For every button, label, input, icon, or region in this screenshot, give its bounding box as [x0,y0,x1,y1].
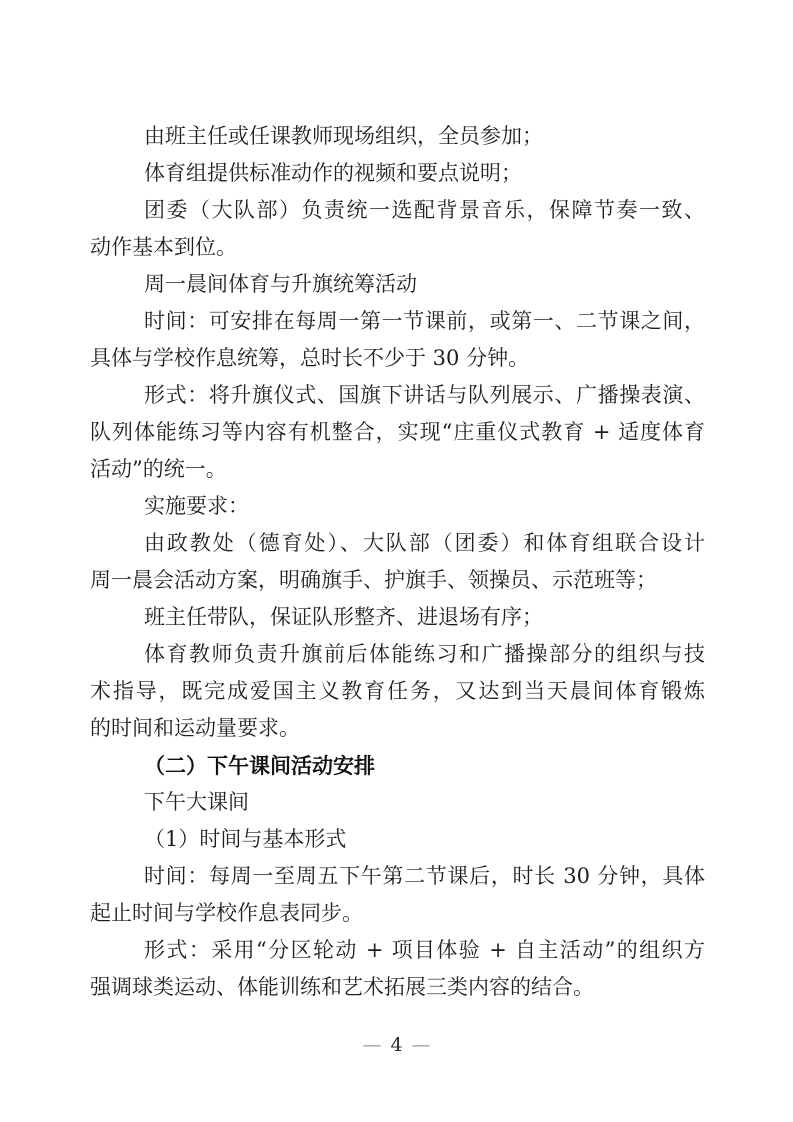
text-line: 体育组提供标准动作的视频和要点说明； [90,155,705,192]
text-line: 起止时间与学校作息表同步。 [90,895,705,932]
text-line: 班主任带队，保证队形整齐、进退场有序； [90,599,705,636]
text-line: 周一晨间体育与升旗统筹活动 [90,266,705,303]
paragraph: 团委（大队部）负责统一选配背景音乐，保障节奏一致、 动作基本到位。 [90,192,705,266]
paragraph: 下午大课间 [90,784,705,821]
paragraph: 时间：可安排在每周一第一节课前，或第一、二节课之间， 具体与学校作息统筹，总时长… [90,303,705,377]
text-line: 周一晨会活动方案，明确旗手、护旗手、领操员、示范班等； [90,562,705,599]
footer-dash-left: — [362,1034,381,1056]
text-line: 队列体能练习等内容有机整合，实现“庄重仪式教育 + 适度体育 [90,414,705,451]
document-page: 由班主任或任课教师现场组织，全员参加； 体育组提供标准动作的视频和要点说明； 团… [0,0,793,1122]
text-line: 下午大课间 [90,784,705,821]
text-line: 的时间和运动量要求。 [90,710,705,747]
paragraph: 周一晨间体育与升旗统筹活动 [90,266,705,303]
document-body: 由班主任或任课教师现场组织，全员参加； 体育组提供标准动作的视频和要点说明； 团… [90,118,705,1006]
paragraph: 形式：将升旗仪式、国旗下讲话与队列展示、广播操表演、 队列体能练习等内容有机整合… [90,377,705,488]
text-line: 强调球类运动、体能训练和艺术拓展三类内容的结合。 [90,969,705,1006]
paragraph: 班主任带队，保证队形整齐、进退场有序； [90,599,705,636]
text-line: 由班主任或任课教师现场组织，全员参加； [90,118,705,155]
text-line: 形式：将升旗仪式、国旗下讲话与队列展示、广播操表演、 [90,377,705,414]
paragraph: 时间：每周一至周五下午第二节课后，时长 30 分钟，具体 起止时间与学校作息表同… [90,858,705,932]
text-line: 时间：可安排在每周一第一节课前，或第一、二节课之间， [90,303,705,340]
paragraph: 由政教处（德育处）、大队部（团委）和体育组联合设计 周一晨会活动方案，明确旗手、… [90,525,705,599]
text-line: 实施要求： [90,488,705,525]
paragraph: 形式：采用“分区轮动 + 项目体验 + 自主活动”的组织方式， 强调球类运动、体… [90,932,705,1006]
text-line: 时间：每周一至周五下午第二节课后，时长 30 分钟，具体 [90,858,705,895]
paragraph: 体育组提供标准动作的视频和要点说明； [90,155,705,192]
page-footer: —4— [0,1032,793,1058]
text-line: 形式：采用“分区轮动 + 项目体验 + 自主活动”的组织方式， [90,932,705,969]
text-line: 团委（大队部）负责统一选配背景音乐，保障节奏一致、 [90,192,705,229]
heading-line: （二）下午课间活动安排 [90,747,705,784]
text-line: 体育教师负责升旗前后体能练习和广播操部分的组织与技 [90,636,705,673]
text-line: （1）时间与基本形式 [90,821,705,858]
paragraph: 体育教师负责升旗前后体能练习和广播操部分的组织与技 术指导，既完成爱国主义教育任… [90,636,705,747]
paragraph: 实施要求： [90,488,705,525]
text-line: 具体与学校作息统筹，总时长不少于 30 分钟。 [90,340,705,377]
page-number: 4 [390,1034,402,1056]
paragraph: 由班主任或任课教师现场组织，全员参加； [90,118,705,155]
section-heading: （二）下午课间活动安排 [90,747,705,784]
text-line: 由政教处（德育处）、大队部（团委）和体育组联合设计 [90,525,705,562]
text-line: 术指导，既完成爱国主义教育任务，又达到当天晨间体育锻炼 [90,673,705,710]
text-line: 动作基本到位。 [90,229,705,266]
paragraph: （1）时间与基本形式 [90,821,705,858]
footer-dash-right: — [412,1034,431,1056]
text-line: 活动”的统一。 [90,451,705,488]
